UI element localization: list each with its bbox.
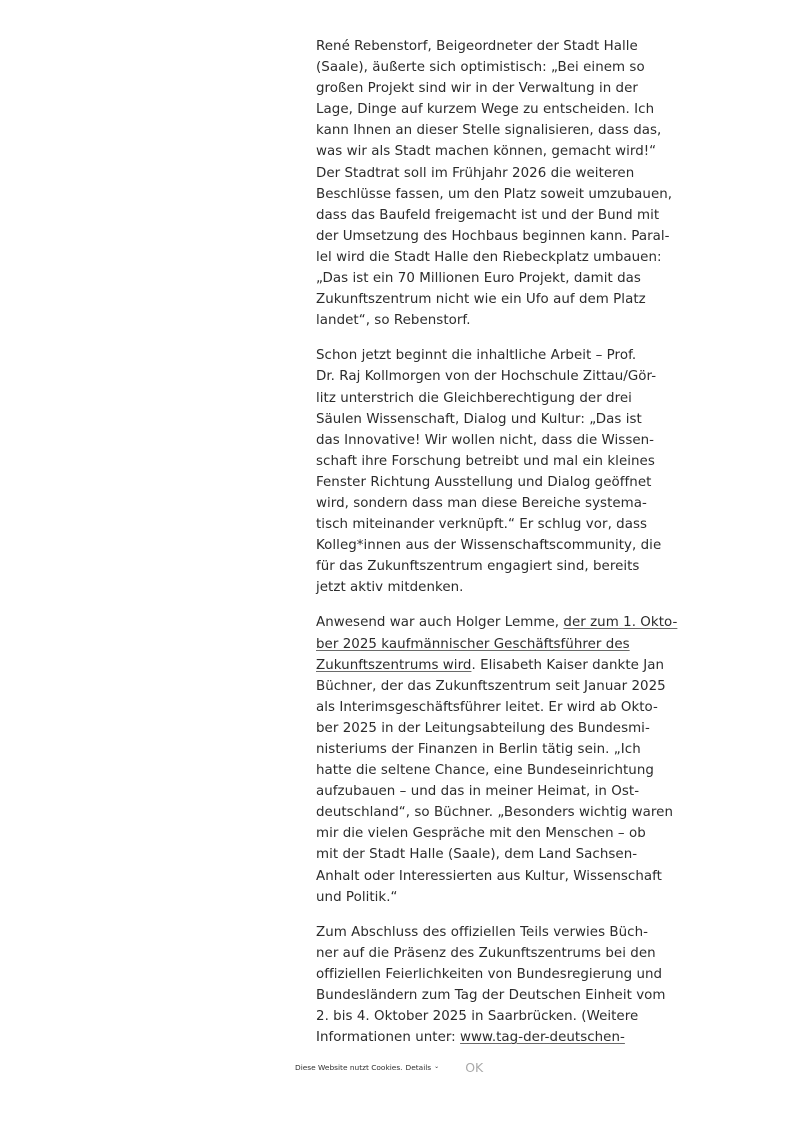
text-line: mir die vielen Gespräche mit den Mensche… [316, 823, 678, 844]
text-line: Kolleg*innen aus der Wissenschaftscommun… [316, 535, 678, 556]
text-line: dass das Baufeld freigemacht ist und der… [316, 205, 678, 226]
text-line: lel wird die Stadt Halle den Riebeckplat… [316, 247, 678, 268]
text-line: Bundesländern zum Tag der Deutschen Einh… [316, 985, 678, 1006]
lemme-announcement-link[interactable]: ber 2025 kaufmännischer Geschäftsführer … [316, 637, 630, 652]
text-line: Beschlüsse fassen, um den Platz soweit u… [316, 184, 678, 205]
text-line: das Innovative! Wir wollen nicht, dass d… [316, 430, 678, 451]
text-line: Schon jetzt beginnt die inhaltliche Arbe… [316, 345, 678, 366]
text-line: Dr. Raj Kollmorgen von der Hochschule Zi… [316, 366, 678, 387]
text-line: der Umsetzung des Hochbaus beginnen kann… [316, 226, 678, 247]
paragraph-rebenstorf: René Rebenstorf, Beigeordneter der Stadt… [316, 36, 678, 331]
text-line: hatte die seltene Chance, eine Bundesein… [316, 760, 678, 781]
paragraph-kollmorgen: Schon jetzt beginnt die inhaltliche Arbe… [316, 345, 678, 598]
text-line: kann Ihnen an dieser Stelle signalisiere… [316, 120, 678, 141]
lemme-announcement-link[interactable]: der zum 1. Okto- [563, 615, 677, 630]
article-body: René Rebenstorf, Beigeordneter der Stadt… [316, 36, 678, 1062]
text-segment: Anwesend war auch Holger Lemme, [316, 615, 563, 630]
chevron-down-icon: ⌄ [434, 1063, 439, 1070]
text-line: Anwesend war auch Holger Lemme, der zum … [316, 612, 678, 633]
text-line: Zukunftszentrums wird. Elisabeth Kaiser … [316, 655, 678, 676]
text-line: landet“, so Rebenstorf. [316, 310, 678, 331]
paragraph-lemme-buechner: Anwesend war auch Holger Lemme, der zum … [316, 612, 678, 907]
cookie-details-label: Details [406, 1063, 432, 1072]
text-line: als Interimsgeschäftsführer leitet. Er w… [316, 697, 678, 718]
text-line: für das Zukunftszentrum engagiert sind, … [316, 556, 678, 577]
text-line: jetzt aktiv mitdenken. [316, 577, 678, 598]
text-line: mit der Stadt Halle (Saale), dem Land Sa… [316, 844, 678, 865]
cookie-banner: Diese Website nutzt Cookies. Details ⌄ O… [295, 1060, 483, 1075]
paragraph-abschluss: Zum Abschluss des offiziellen Teils verw… [316, 922, 678, 1049]
text-line: was wir als Stadt machen können, gemacht… [316, 141, 678, 162]
text-line: schaft ihre Forschung betreibt und mal e… [316, 451, 678, 472]
text-line: Der Stadtrat soll im Frühjahr 2026 die w… [316, 163, 678, 184]
text-line: Lage, Dinge auf kurzem Wege zu entscheid… [316, 99, 678, 120]
text-line: Zum Abschluss des offiziellen Teils verw… [316, 922, 678, 943]
cookie-notice-text: Diese Website nutzt Cookies. [295, 1063, 403, 1072]
text-line: „Das ist ein 70 Millionen Euro Projekt, … [316, 268, 678, 289]
text-line: litz unterstrich die Gleichberechtigung … [316, 388, 678, 409]
text-line: ner auf die Präsenz des Zukunftszentrums… [316, 943, 678, 964]
text-line: Säulen Wissenschaft, Dialog und Kultur: … [316, 409, 678, 430]
cookie-details-toggle[interactable]: Details ⌄ [406, 1063, 440, 1072]
text-line: deutschland“, so Büchner. „Besonders wic… [316, 802, 678, 823]
text-line: ber 2025 kaufmännischer Geschäftsführer … [316, 634, 678, 655]
text-line: und Politik.“ [316, 887, 678, 908]
text-segment: Informationen unter: [316, 1030, 460, 1045]
text-line: Anhalt oder Interessierten aus Kultur, W… [316, 866, 678, 887]
text-line: Informationen unter: www.tag-der-deutsch… [316, 1027, 678, 1048]
lemme-announcement-link[interactable]: Zukunftszentrums wird [316, 658, 471, 673]
tag-der-deutschen-einheit-link[interactable]: www.tag-der-deutschen- [460, 1030, 625, 1045]
text-line: (Saale), äußerte sich optimistisch: „Bei… [316, 57, 678, 78]
text-line: wird, sondern dass man diese Bereiche sy… [316, 493, 678, 514]
text-line: großen Projekt sind wir in der Verwaltun… [316, 78, 678, 99]
text-line: aufzubauen – und das in meiner Heimat, i… [316, 781, 678, 802]
text-segment: . Elisabeth Kaiser dankte Jan [471, 658, 664, 673]
text-line: tisch miteinander verknüpft.“ Er schlug … [316, 514, 678, 535]
text-line: ber 2025 in der Leitungsabteilung des Bu… [316, 718, 678, 739]
text-line: offiziellen Feierlichkeiten von Bundesre… [316, 964, 678, 985]
text-line: René Rebenstorf, Beigeordneter der Stadt… [316, 36, 678, 57]
text-line: 2. bis 4. Oktober 2025 in Saarbrücken. (… [316, 1006, 678, 1027]
text-line: nisteriums der Finanzen in Berlin tätig … [316, 739, 678, 760]
text-line: Büchner, der das Zukunftszentrum seit Ja… [316, 676, 678, 697]
text-line: Fenster Richtung Ausstellung und Dialog … [316, 472, 678, 493]
text-line: Zukunftszentrum nicht wie ein Ufo auf de… [316, 289, 678, 310]
cookie-ok-button[interactable]: OK [465, 1060, 483, 1075]
